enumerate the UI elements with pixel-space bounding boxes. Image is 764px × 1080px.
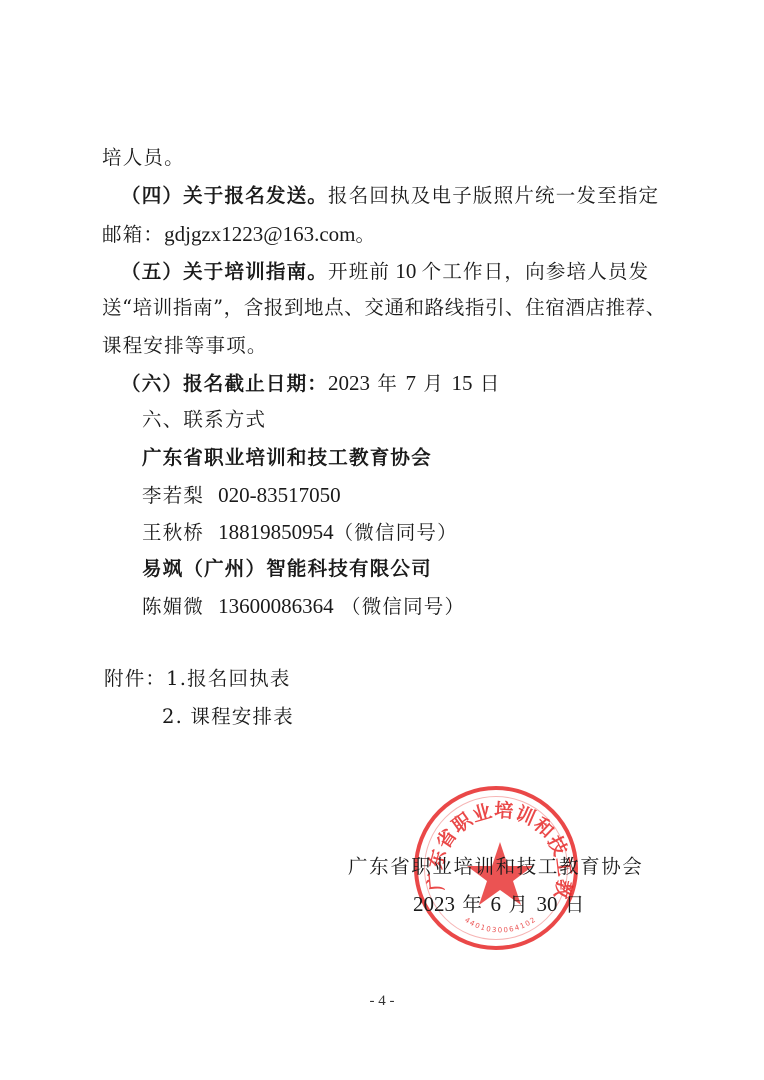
deadline-month: 7	[406, 371, 417, 395]
sign-day: 30	[537, 892, 558, 916]
attachment-item: 1.报名回执表	[166, 667, 291, 690]
month-char: 月	[416, 372, 452, 395]
contact-org1: 广东省职业培训和技工教育协会	[142, 446, 432, 470]
period: 。	[356, 223, 377, 246]
day-char: 日	[473, 372, 501, 395]
contact-phone: 020-83517050	[218, 483, 341, 507]
attachment-item: 2. 课程安排表	[162, 705, 294, 729]
contact-note: （微信同号）	[334, 595, 466, 618]
sign-year: 2023	[413, 892, 455, 916]
contact-person: 陈媚微13600086364 （微信同号）	[142, 594, 465, 619]
month-char: 月	[501, 893, 537, 916]
contact-org2: 易飒（广州）智能科技有限公司	[142, 557, 432, 581]
item-five-line1: （五）关于培训指南。开班前 10 个工作日，向参培人员发	[121, 259, 649, 284]
attachments-label: 附件：	[104, 667, 166, 690]
item-four-text: 报名回执及电子版照片统一发至指定	[328, 184, 659, 207]
contact-name: 陈媚微	[142, 595, 204, 618]
item-four-line2: 邮箱：gdjgzx1223@163.com。	[102, 222, 376, 247]
contact-phone: 18819850954	[218, 520, 334, 544]
item-five-heading: （五）关于培训指南。	[121, 260, 328, 283]
deadline-year: 2023	[328, 371, 370, 395]
svg-text:4401030064102: 4401030064102	[463, 915, 538, 934]
year-char: 年	[455, 893, 491, 916]
contact-name: 李若梨	[142, 484, 204, 507]
item-five-text-a: 开班前	[328, 260, 390, 283]
contact-person: 李若梨020-83517050	[142, 483, 341, 508]
item-six-line: （六）报名截止日期：2023 年 7 月 15 日	[121, 371, 501, 396]
signature-org: 广东省职业培训和技工教育协会	[348, 855, 643, 879]
email-label: 邮箱：	[102, 223, 164, 246]
paragraph-continuation: 培人员。	[102, 146, 185, 170]
year-char: 年	[370, 372, 406, 395]
contact-person: 王秋桥18819850954（微信同号）	[142, 520, 458, 545]
item-five-text-b: 个工作日，向参培人员发	[422, 260, 650, 283]
item-five-line3: 课程安排等事项。	[102, 334, 268, 358]
sign-month: 6	[491, 892, 502, 916]
deadline-day: 15	[452, 371, 473, 395]
item-six-heading: （六）报名截止日期：	[121, 372, 328, 395]
page-number: - 4 -	[0, 993, 764, 1010]
item-four-heading: （四）关于报名发送。	[121, 184, 328, 207]
contact-note: （微信同号）	[334, 521, 458, 544]
day-char: 日	[558, 893, 586, 916]
contact-name: 王秋桥	[142, 521, 204, 544]
item-four-line1: （四）关于报名发送。报名回执及电子版照片统一发至指定	[121, 184, 659, 208]
item-five-number: 10	[390, 259, 422, 283]
attachments-line1: 附件：1.报名回执表	[104, 667, 291, 691]
signature-date: 2023 年 6 月 30 日	[413, 892, 586, 917]
item-five-line2: 送“培训指南”，含报到地点、交通和路线指引、住宿酒店推荐、	[102, 296, 666, 320]
contact-section-title: 六、联系方式	[142, 408, 266, 432]
contact-phone: 13600086364	[218, 594, 334, 618]
email-address: gdjgzx1223@163.com	[164, 222, 355, 246]
